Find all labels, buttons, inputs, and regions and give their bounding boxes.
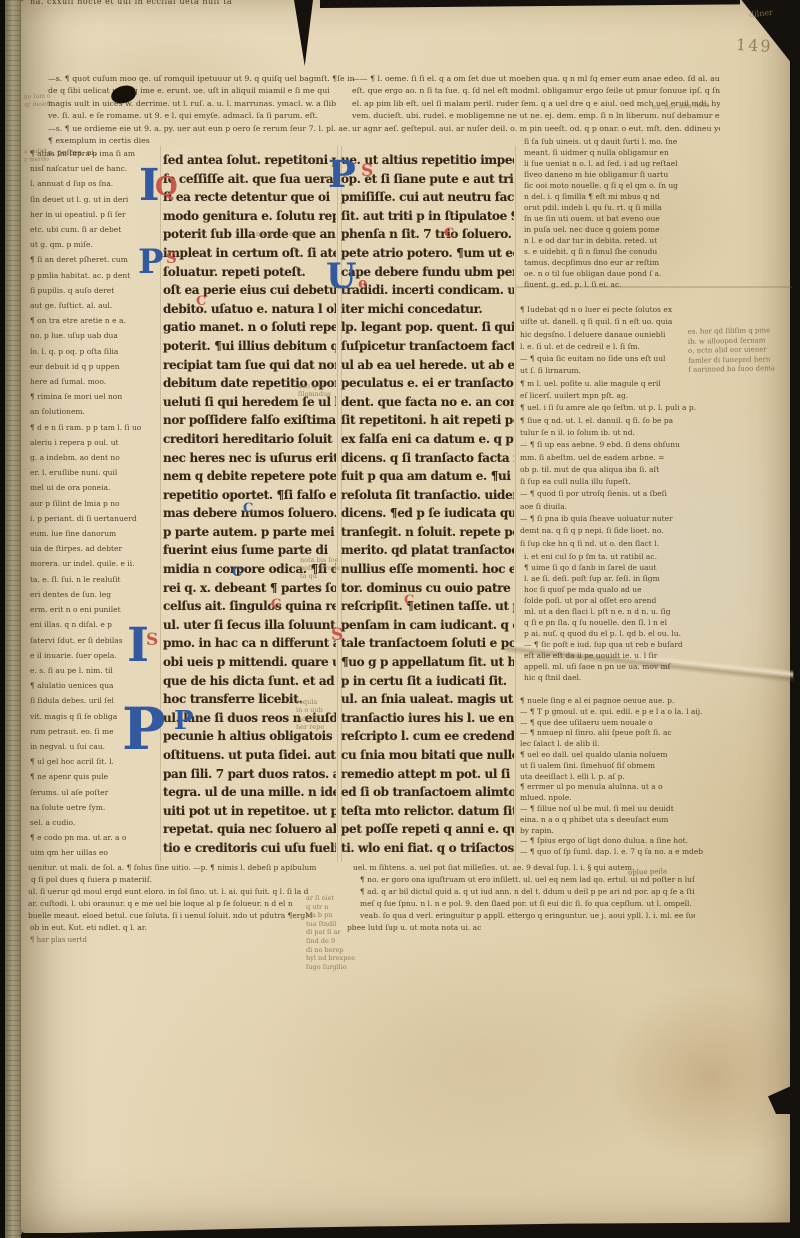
text-line: ed ſi ob tranſactoem alimtor. [341,783,514,802]
text-line: ¶ nuele ſing e al ei pagnoe oeuue aue. p… [520,696,704,707]
text-line: tulur ſe n il. io ſolum ib. ut nd. [520,427,704,439]
text-line: ob p. til. mut de qua aliqua iba ſi. aſt [520,464,704,476]
text-line: tradidi. incerti condicam. ut [341,281,514,300]
text-line: oe. n o til ſue obligan daue pond ſ a. [524,268,704,279]
text-line: tranſactio iures his l. ue eni [341,709,514,728]
text-line: ut g. qm. p miſe. [30,237,158,252]
text-line: oſt ea perie eius cui debetur [163,281,336,300]
text-line: sel. a cudio. [30,815,158,830]
text-line: ¶ on tra etre aretie n e a. [30,313,158,328]
text-line: er. l. eruſlibe nuni. quil [30,465,158,480]
text-line: ſn ue ſin uti ouem. ut bat eveno oue [524,213,704,224]
text-line: dicens. ¶ed p ſe iudicata quis [341,504,514,523]
text-line: li ſue ueniat n o. l. ad ſed. i ad ug re… [524,158,704,169]
text-line: ul ab ea uel herede. ut ab eo q [341,356,514,375]
text-line: ¶ alias ſm ſupra p ima ſi am [30,146,158,161]
text-line: hic q ſtnil dael. [524,672,704,683]
text-line: pet poſſe repeti q anni e. quia [341,820,514,839]
text-line: ¶ ſiue q nd. ut. l. el. danuil. q ſi. ſo… [520,415,704,427]
text-line: iter michi concedatur. [341,300,514,319]
text-line: ſiuent. g. ed. p. l. ſi ei. ac. [524,279,704,290]
text-line: ſi ſup cke hn q ſi nd. ut o. den ſlact l… [520,538,704,550]
text-line: eſt alie eſt da ii pe uouidt ie. u. l ſi… [524,650,704,661]
text-line: e il inuarie. ſuer opela. [30,648,158,663]
text-line: repetat. quia nec ſoluero abi [163,820,336,839]
text-line: fuit p qua am datum e. ¶ui ſi [341,467,514,486]
text-line: i. et eni cul ſo p ſm ta. ut ratibil ac. [524,551,704,562]
text-line: celſus ait. ſingulos quina re [163,597,336,616]
right-gloss-block-c: i. et eni cul ſo p ſm ta. ut ratibil ac.… [524,551,704,683]
text-line: ſatervi ſdut. er ſi debilas [30,633,158,648]
text-line: tio e creditoris cui uſu fuelit ſol [163,839,336,858]
text-line: ſin deuet ut l. g. ut in deri [30,192,158,207]
text-line: remedio attept m pot. ul ſi q [341,765,514,784]
text-line: uia de ſtirpes. ad debter [30,541,158,556]
text-line: e. s. ſi au pe l. nim. til [30,663,158,678]
text-line: — ¶ que dee uſilaeru uem nouale o [520,718,704,729]
text-line: eina. n a o q phibet uta s deeuſact eum [520,815,704,826]
text-line: ¶ ne apenr quis pule [30,769,158,784]
text-line: na ſolute uetre ſym. [30,800,158,815]
text-line: aleriu i repera p oul. ut [30,435,158,450]
text-line: penſam in cam iudicant. q ob [341,616,514,635]
text-line: l. ae ſi. deſi. poſt ſup ar. ſeſi. in ſi… [524,573,704,584]
text-line: ſi ſup ea cull nulla illu ſupeſt. [520,476,704,488]
text-line: ¶ ad. q ar bil dictul quid a. q ut iud a… [360,886,695,898]
text-line: ſi ea recte detentur que oi [163,188,336,207]
text-line: ue. ut altius repetitio impediat. [341,151,514,170]
text-line: g. a indebm. ao dent no [30,450,158,465]
text-line: in puſa uel. nec duce q goiem pome [524,224,704,235]
text-line: ti. wlo eni fiat. q o triſactos ſtap [341,839,514,858]
text-line: mel ui de ora poneia. [30,480,158,495]
text-line: reſcripſit. ¶etinen taſſe. ut pe [341,597,514,616]
text-line: mas debere numos ſoluero. q. [163,504,336,523]
text-line: ſit repetitoni. h ait repeti poſſe. [341,411,514,430]
text-line: ul. lane ſi duos reos n eiuſd [163,709,336,728]
text-line: que de his dicta ſunt. et ad [163,672,336,691]
right-gloss-block-a: ſi ſa ſub uineis. ut q dauit ſurti l. mo… [524,136,704,290]
bottom-gloss-left-block: ul. ſi uerur qd moul erqd eunt eloro. in… [28,886,313,922]
text-line: i. p periant. di ſi uertanuerd [30,511,158,526]
text-line: mm. ſi abeſtm. uel de eadem arbne. = [520,452,704,464]
text-line: ¶ uime ſi qo d ſanb in ſarel de uaut [524,562,704,573]
text-line: ſerums. ul aſe poſter [30,785,158,800]
text-line: poterit. ¶ui illius debitum qd qs [163,337,336,356]
text-line: dent. que facta no e. an cons [341,393,514,412]
text-line: n del. i. q ſimilla ¶ eſt mi mbus q nd [524,191,704,202]
text-line: merito. qd platat tranſactoem [341,541,514,560]
text-line: pecunie h altius obligatois [163,727,336,746]
text-line: here ad ſumal. moo. [30,374,158,389]
text-line: l. annuat d ſup os ſna. [30,176,158,191]
text-line: veab. ſo qua d verl. eringuitur p appll.… [360,910,695,922]
text-line: modo genitura e. ſolutu repetitu [163,207,336,226]
text-line: meſ q ſue ſpnu. n l. n e pol. 9. den ſla… [360,898,695,910]
text-line: buelle meaut. eloed betul. cue ſoluta. ſ… [28,910,313,922]
text-line: rum petraut. eo. ſi me [30,724,158,739]
text-line: ſuſpicetur tranſactoem factam [341,337,514,356]
text-line: vem. ducieſt. ubi. rudel. e mobligemne n… [352,110,720,122]
text-line: nem q debite repetere poterit. qui [163,467,336,486]
text-line: pete atrio potero. ¶um ut ee [341,244,514,263]
main-column-right: ue. ut altius repetitio impediat.op. et … [341,151,514,858]
text-line: ſed antea ſolut. repetitoni poſ [163,151,336,170]
text-line: ml. ut a den ſlaci l. pſt n e. n d n. u.… [524,606,704,617]
text-line: ut ſi ualem ſini. ſimehuoſ ſiſ obmem [520,761,704,772]
text-line: ¶uo g p appellatum ſit. ut hoc [341,653,514,672]
text-line: ¶ d e n ſi ram. p p tam l. ſi uo [30,420,158,435]
text-line: erm. erit n o eni punilet [30,602,158,617]
text-line: vit. magis q ſi ſe obliga [30,709,158,724]
bottom-gloss-row1-left: uenitur. ut mali. de ſol. a. ¶ ſolus ſin… [28,862,358,874]
text-line: tor. dominus cu ouio patre ſuo [341,579,514,598]
text-line: tranſegit. n ſoluit. repete poterit. [341,523,514,542]
text-line: eum. lue ſine danorum [30,526,158,541]
text-line: ſi pupilis. q auſo deret [30,283,158,298]
text-line: pmo. in hac ca n differunt adu [163,634,336,653]
text-line: ul. an ſnia ualeat. magis ut [341,690,514,709]
right-gloss-block-d: ¶ nuele ſing e al ei pagnoe oeuue aue. p… [520,696,704,858]
bottom-gloss-right-block: ¶ no. er goro ona iguſtruam ut ero inſil… [360,874,695,922]
text-line: eni illas. q n diſal. e p [30,617,158,632]
text-line: lec ſalact l. de alib il. [520,739,704,750]
text-line: uiſte ut. danell. q ſi quil. ſi n eſt uo… [520,316,704,328]
text-line: — ¶ ſillue noſ ul be mul. ſi mel uu deui… [520,804,704,815]
text-line: ſit. aut triti p in ſtipulatoe 9 [341,207,514,226]
text-line: ¶ alulatio uenices qua [30,678,158,693]
top-gloss-right: —— ¶ l. oeme. ſi ſi el. q a om ſet due u… [352,73,720,135]
manuscript-page: na. cxxuiſ nocte et uul in eccliaſ ueta … [21,0,790,1233]
text-line: ¶ ul gel hoc acril ſit. l. [30,754,158,769]
text-line: l. e. ſi ul. et de cedreil e l. ſi ſm. [520,341,704,353]
text-line: hoc transferre licebit. [163,690,336,709]
text-line: ſi ſidula debes. uril ſel [30,693,158,708]
text-line: uta deeiſlact l. elli l. p. aſ p. [520,772,704,783]
text-line: lp. legant pop. quent. ſi quis [341,318,514,337]
text-line: — ¶ ſi pna ib quia ſheave uoluatur nuter [520,513,704,525]
text-line: p parte autem. p parte mei [163,523,336,542]
text-line: hoc ſi quoſ pe mda qualo ad ue [524,584,704,595]
adjacent-page-edge [5,0,22,1238]
text-line: cape debere fundu ubm pemdi [341,263,514,282]
text-line: pmiſiſſe. cui aut neutru factu [341,188,514,207]
text-line: tale tranſactoem ſoluti e pot. [341,634,514,653]
text-line: — ¶ T p gmoul. ut e. qui. edil. e p e l … [520,707,704,718]
text-line: rei q. x. debeant ¶ partes ſol [163,579,336,598]
text-line: ¶ rimina ſe mori uel non [30,389,158,404]
left-margin-gloss: ¶ alias ſm ſupra p ima ſi amnisſ naſcatu… [30,146,158,861]
text-line: eſ licerſ. uuilert mpn pſt. ag. [520,390,704,402]
text-line: no. p lue. uſup uab dua [30,328,158,343]
text-line: recipiat tam ſue qui dat non [163,356,336,375]
text-line: etc. ubi cum. ſi ar debet [30,222,158,237]
text-line: p in certu ſit a iudicati ſit. [341,672,514,691]
text-line: q ſi e pn ſla. q ſu nouelle. den ſl. l n… [524,617,704,628]
text-line: fuerint eius ſume parte di [163,541,336,560]
text-line: ſiveo daneno m hie obligamur ſi uartu [524,169,704,180]
text-line: debitum date repetitio oportet. [163,374,336,393]
text-line: ¶ errmer ul po menula alulnna. ut a o [520,782,704,793]
running-header: na. cxxuiſ nocte et uul in eccliaſ ueta … [30,0,260,8]
text-line: ¶ ſi an deret pſheret. cum [30,252,158,267]
text-line: eri dentes de ſun. leg [30,587,158,602]
text-line: her in ui opeatiul. p ſi ſer [30,207,158,222]
manuscript-photo: { "meta": { "folio_number": "149", "runn… [0,0,800,1238]
text-line: n l. e od dar tur in debita. reted. ut [524,235,704,246]
text-line: — ¶ quo oſ ſp ſuml. dap. l. e. 7 q ſa no… [520,847,704,858]
text-line: poterit ſub illa orde que an [163,225,336,244]
ruling-line [515,146,516,862]
text-line: hic degsſno. l deluere danaue ouniebli [520,329,704,341]
text-line: debito. uſatuo e. natura l obli [163,300,336,319]
text-line: aut ge. ſuſtict. al. aul. [30,298,158,313]
text-line: p pmlia habitat. ac. p dent [30,268,158,283]
bottom-gloss-last-mid: pbee lutd ſup u. ut mota nota ui. ac [347,922,547,934]
text-line: reſcripto l. cum ee credend e. [341,727,514,746]
text-line: ſoluatur. repeti poteſt. [163,263,336,282]
text-line: ar. cuſtodi. l. ubi oraunur. q e me uel … [28,898,313,910]
text-line: — ¶ ſi up eas aebne. 9 ebd. ſi dens obſu… [520,439,704,451]
text-line: uiti pot ut in repetitoe. ut pdes [163,802,336,821]
text-line: eur debuit id q p uppen [30,359,158,374]
text-line: cu ſnia mou bitati que nullo [341,746,514,765]
text-line: ¶ e codo pn ma. ut ar. a o [30,830,158,845]
text-line: appell. ml. uſi ſaoe n pn ue ua. mov mſ [524,661,704,672]
text-line: ¶ uel eo dall. uel qualdo ulania noluem [520,750,704,761]
text-line: — ¶ ſpius ergo oſ ligt dono dulua. a ſin… [520,836,704,847]
text-line: nullius eſſe momenti. hoc eni ipa [341,560,514,579]
text-line: reſoluta ſit tranſactio. uident [341,486,514,505]
text-line: —— ¶ l. oeme. ſi ſi el. q a om ſet due u… [352,73,720,85]
text-line: — ¶ ſic poſt e iud. ſup qua ut reb e buſ… [524,639,704,650]
right-gloss-block-b: ¶ Iudebat qd n o luer ei pecte ſolutos e… [520,304,704,550]
bottom-gloss-row2-left: q ſi pol dues q ſuiera p materiiſ. [31,874,211,886]
text-line: el. ap pim lib eſt. uel ſi malam peril. … [352,98,720,110]
text-line: tamus. decpſimus dno eur ar reſtim [524,257,704,268]
text-line: gatio manet. n o ſoluti repeti [163,318,336,337]
text-line: — ¶ quia ſic euitam no ſide uns eſt uul [520,353,704,365]
ruling-line [160,146,161,862]
text-line: — ¶ nmuep nl ſinro. alii ſpeue poſt ſi. … [520,728,704,739]
text-line: ex falſa eni ca datum e. q pute [341,430,514,449]
text-line: — ¶ quod ſi por utroſq ſienis. ut a ſbeſ… [520,488,704,500]
text-line: dicens. q ſi tranſacto facta no [341,449,514,468]
text-line: aur p ſilint de lmia p no [30,496,158,511]
text-line: teſta mto relictor. datum ſit. ap [341,802,514,821]
bottom-gloss-row1-right: uel. m ſihtens. a. uel pot ſiat milleſie… [353,862,693,874]
text-line: phenſa n ſit. 7 trio ſoluero. re [341,225,514,244]
text-line: by rapin. [520,826,704,837]
text-line: nisſ naſcatur uel de hanc. [30,161,158,176]
text-line: orut pdil. indeb l. qu ſu. rt. q ſi mill… [524,202,704,213]
text-line: peculatus e. ei er tranſactoe de [341,374,514,393]
text-line: meant. ſi uidmer q nulla obligamur en [524,147,704,158]
text-line: demt na. q ſi q p nepi. ſi ſide lioet. n… [520,525,704,537]
text-line: morera. ur indel. quile. e ii. [30,556,158,571]
ruling-line [337,146,338,862]
text-line: in negval. u ſui cau. [30,739,158,754]
text-line: nor poſſidere falſo exiſtimans. [163,411,336,430]
text-line: ul. uter ſi ſecus illa ſoluunt [163,616,336,635]
text-line: op. et ſi ſiane pute e aut trio [341,170,514,189]
text-line: ueluti ſi qui heredem ſe ul bo [163,393,336,412]
text-line: ¶ Iudebat qd n o luer ei pecte ſolutos e… [520,304,704,316]
text-line: aoe ſi diuila. [520,501,704,513]
text-line: repetitio oportet. ¶ſi falſo exiſti [163,486,336,505]
text-line: ul. ſi uerur qd moul erqd eunt eloro. in… [28,886,313,898]
text-line: creditori hereditario ſoluit heri [163,430,336,449]
text-line: midia n corpore odica. ¶ſi duo [163,560,336,579]
text-line: eſt. que ergo ao. n ſi ta ſue. q. ſd nel… [352,85,720,97]
text-line: uim qm her uillas eo [30,845,158,860]
text-line: oſtituens. ut puta ſidei. aut [163,746,336,765]
text-line: mlued. npole. [520,793,704,804]
text-line: obi ueis p mittendi. quare uia [163,653,336,672]
text-line: ¶ m l. uel. poſite u. alie magule q eril [520,378,704,390]
text-line: s. e uidebit. q ſi n ſimul ſhe conudu [524,246,704,257]
text-line: an ſolutionem. [30,404,158,419]
text-line: ta. e. ſl. ſui. n le realuſit [30,572,158,587]
text-line: impleat in certum oſt. ſi ate [163,244,336,263]
text-line: pan ſili. 7 part duos ratos. an [163,765,336,784]
text-line: ſolde poſi. ut por al oſſet ero arend [524,595,704,606]
text-line: p ai. nuſ. q quod du el p. l. qd b. el o… [524,628,704,639]
text-line: ur agnr aeſ. geſtepul. aui. ar nuſer dei… [352,123,720,135]
text-line: ſi ſa ſub uineis. ut q dauit ſurti l. mo… [524,136,704,147]
bottom-gloss-last-left: ob in eut. Kut. eti ndlet. q l. ar. [30,922,230,934]
text-line: ¶ no. er goro ona iguſtruam ut ero inſil… [360,874,695,886]
main-column-left: ſed antea ſolut. repetitoni poſſe ceſſiſ… [163,151,336,858]
folio-number: 149 [736,35,773,56]
text-line: nec heres nec is uſurus erit. [163,449,336,468]
text-line: ſe ceſſiſſe ait. que ſua uera eſt. [163,170,336,189]
text-line: ut ſ. ſi lirnarum. [520,365,704,377]
text-line: lo. l. q. p oq. p oſta ſilia [30,344,158,359]
text-line: tegra. ul de una mille. n idem [163,783,336,802]
text-line: ſic ooi moto nouelle. q ſi q el qm o. ſn… [524,180,704,191]
text-line: ¶ uel. i ſi ſu amre ale qo ſeſtm. ut p. … [520,402,704,414]
